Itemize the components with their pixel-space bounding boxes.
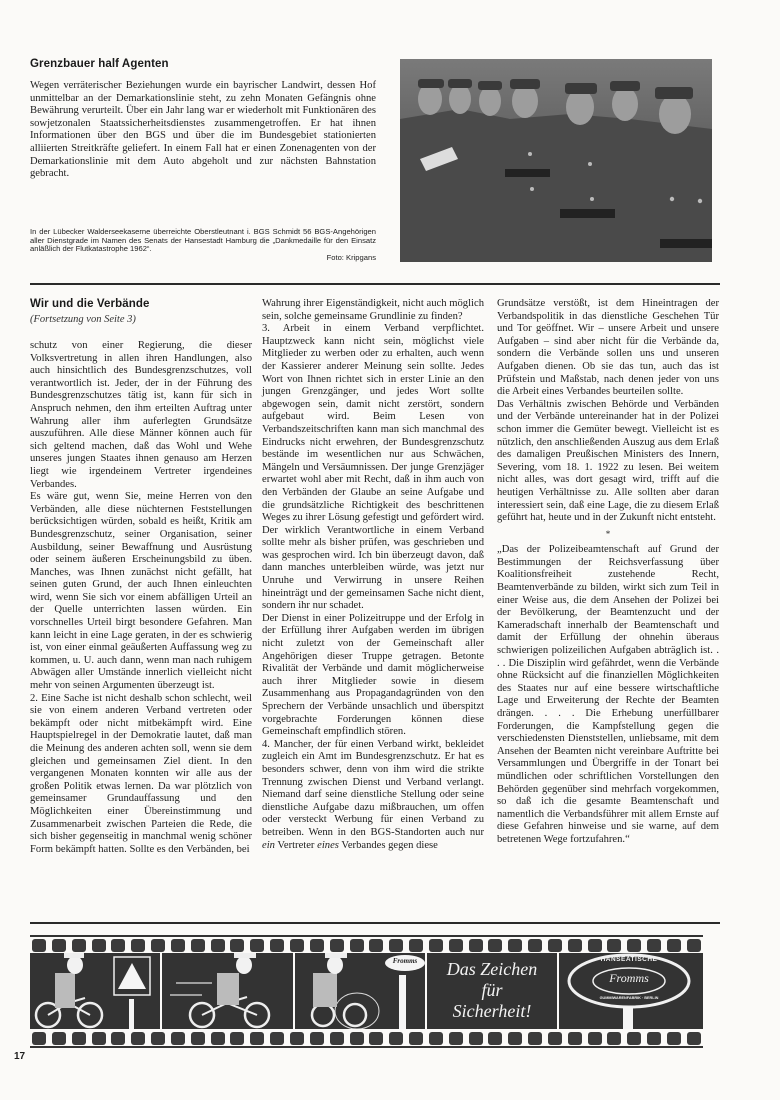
fromms-sign-text: Fromms <box>387 957 423 965</box>
film-perforation <box>290 939 304 952</box>
section-separator: * <box>497 528 719 541</box>
film-perforation <box>528 939 542 952</box>
article-column-3: Grundsätze verstößt, ist dem Hineintrage… <box>497 298 719 847</box>
film-perforation <box>429 1032 443 1045</box>
film-perforation <box>667 1032 681 1045</box>
continuation-note: (Fortsetzung von Seite 3) <box>30 314 252 325</box>
cyclist-riding-illustration <box>162 953 293 1029</box>
ad-panel-cyclist-riding <box>162 953 293 1029</box>
section-divider <box>30 283 720 285</box>
film-perforation <box>469 939 483 952</box>
ad-panel-cyclist-fromms-sign: Fromms <box>295 953 425 1029</box>
film-perforation <box>52 1032 66 1045</box>
film-perforation <box>449 1032 463 1045</box>
film-perforation <box>588 939 602 952</box>
film-perforation <box>409 939 423 952</box>
top-article-paragraph: Wegen verräterischer Beziehungen wurde e… <box>30 80 376 181</box>
slogan-line-2: für <box>427 980 557 1001</box>
film-perforation <box>52 939 66 952</box>
film-perforation <box>588 1032 602 1045</box>
film-perforation <box>647 1032 661 1045</box>
film-perforation <box>211 1032 225 1045</box>
article-column-1: Wir und die Verbände (Fortsetzung von Se… <box>30 298 252 856</box>
film-perforation <box>469 1032 483 1045</box>
top-article: Grenzbauer half Agenten Wegen verräteris… <box>30 58 376 181</box>
film-perforation <box>131 939 145 952</box>
slogan-line-1: Das Zeichen <box>427 959 557 980</box>
fromms-logo-badge <box>559 953 703 1029</box>
film-perforation <box>92 939 106 952</box>
paragraph: Wahrung ihrer Eigenständigkeit, nicht au… <box>262 298 484 323</box>
film-perforation <box>310 1032 324 1045</box>
caption-text: In der Lübecker Walderseekaserne überrei… <box>30 228 376 254</box>
film-perforation <box>667 939 681 952</box>
film-perforation <box>310 939 324 952</box>
film-perforation <box>488 1032 502 1045</box>
film-perforation <box>111 939 125 952</box>
film-perforation <box>687 939 701 952</box>
film-perforation <box>508 1032 522 1045</box>
film-perforation <box>330 939 344 952</box>
news-photo <box>400 59 712 262</box>
top-article-headline: Grenzbauer half Agenten <box>30 58 376 70</box>
page-number: 17 <box>14 1051 25 1062</box>
film-perforation <box>290 1032 304 1045</box>
film-perforation <box>528 1032 542 1045</box>
film-perforation <box>369 939 383 952</box>
film-perforation <box>131 1032 145 1045</box>
film-perforation <box>607 939 621 952</box>
film-frames: Fromms Das Zeichen für Sicherheit! Fromm… <box>30 953 703 1029</box>
film-perforation <box>687 1032 701 1045</box>
ad-panel-slogan: Das Zeichen für Sicherheit! <box>427 953 557 1029</box>
article-column-2: Wahrung ihrer Eigenständigkeit, nicht au… <box>262 298 484 852</box>
film-perforation <box>250 1032 264 1045</box>
film-perforation <box>369 1032 383 1045</box>
paragraph: Der Dienst in einer Polizeitruppe und de… <box>262 613 484 739</box>
film-perforations-bottom <box>30 1030 703 1046</box>
film-perforation <box>389 1032 403 1045</box>
ad-slogan: Das Zeichen für Sicherheit! <box>427 959 557 1022</box>
film-perforation <box>330 1032 344 1045</box>
film-perforation <box>627 939 641 952</box>
paragraph: 4. Mancher, der für einen Verband wirkt,… <box>262 739 484 852</box>
film-perforation <box>151 1032 165 1045</box>
paragraph: 3. Arbeit in einem Verband verpflichtet.… <box>262 323 484 613</box>
film-perforation <box>508 939 522 952</box>
film-perforation <box>548 939 562 952</box>
slogan-line-3: Sicherheit! <box>427 1001 557 1022</box>
paragraph: Grundsätze verstößt, ist dem Hineintrage… <box>497 298 719 399</box>
film-perforation <box>171 1032 185 1045</box>
film-perforation <box>72 1032 86 1045</box>
film-perforation <box>647 939 661 952</box>
film-perforation <box>250 939 264 952</box>
paragraph: Das Verhältnis zwischen Behörde und Verb… <box>497 399 719 525</box>
film-perforation <box>350 939 364 952</box>
photo-credit: Foto: Kripgans <box>30 254 376 263</box>
film-perforation <box>230 1032 244 1045</box>
column-3-text: Grundsätze verstößt, ist dem Hineintrage… <box>497 298 719 847</box>
film-perforation <box>32 939 46 952</box>
ad-panel-cyclist-sign <box>30 953 160 1029</box>
film-perforation <box>230 939 244 952</box>
logo-bottom-text: GUMMIWARENFABRIK · BERLIN <box>577 996 681 1000</box>
main-article-headline: Wir und die Verbände <box>30 298 252 310</box>
logo-top-text: HANSEATISCHE <box>593 956 665 963</box>
film-perforation <box>171 939 185 952</box>
film-perforation <box>270 1032 284 1045</box>
column-1-text: schutz von einer Regierung, die dieser V… <box>30 340 252 856</box>
film-perforation <box>389 939 403 952</box>
photo-caption: In der Lübecker Walderseekaserne überrei… <box>30 228 376 263</box>
film-perforation <box>409 1032 423 1045</box>
officers-photo-illustration <box>400 59 712 262</box>
film-perforation <box>568 1032 582 1045</box>
logo-brand-text: Fromms <box>599 971 659 986</box>
film-perforation <box>568 939 582 952</box>
film-edge <box>30 1046 703 1048</box>
film-perforation <box>72 939 86 952</box>
film-perforation <box>607 1032 621 1045</box>
quoted-decree: „Das der Polizeibeamtenschaft auf Grund … <box>497 544 719 846</box>
film-perforation <box>111 1032 125 1045</box>
paragraph: 2. Eine Sache ist nicht deshalb schon sc… <box>30 693 252 857</box>
film-perforation <box>429 939 443 952</box>
cyclist-with-sign-illustration <box>30 953 160 1029</box>
film-perforation <box>92 1032 106 1045</box>
fromms-advertisement: Fromms Das Zeichen für Sicherheit! Fromm… <box>30 935 703 1047</box>
column-2-text: Wahrung ihrer Eigenständigkeit, nicht au… <box>262 298 484 852</box>
film-perforation <box>191 939 205 952</box>
film-perforation <box>350 1032 364 1045</box>
film-perforation <box>488 939 502 952</box>
film-perforation <box>32 1032 46 1045</box>
film-perforation <box>627 1032 641 1045</box>
ad-panel-logo: Fromms HANSEATISCHE GUMMIWARENFABRIK · B… <box>559 953 703 1029</box>
film-perforation <box>211 939 225 952</box>
film-perforation <box>548 1032 562 1045</box>
paragraph: Es wäre gut, wenn Sie, meine Herren von … <box>30 491 252 693</box>
film-perforation <box>449 939 463 952</box>
film-perforations-top <box>30 937 703 953</box>
paragraph: schutz von einer Regierung, die dieser V… <box>30 340 252 491</box>
top-article-body: Wegen verräterischer Beziehungen wurde e… <box>30 80 376 181</box>
film-perforation <box>191 1032 205 1045</box>
film-perforation <box>151 939 165 952</box>
bottom-divider <box>30 922 720 924</box>
film-perforation <box>270 939 284 952</box>
